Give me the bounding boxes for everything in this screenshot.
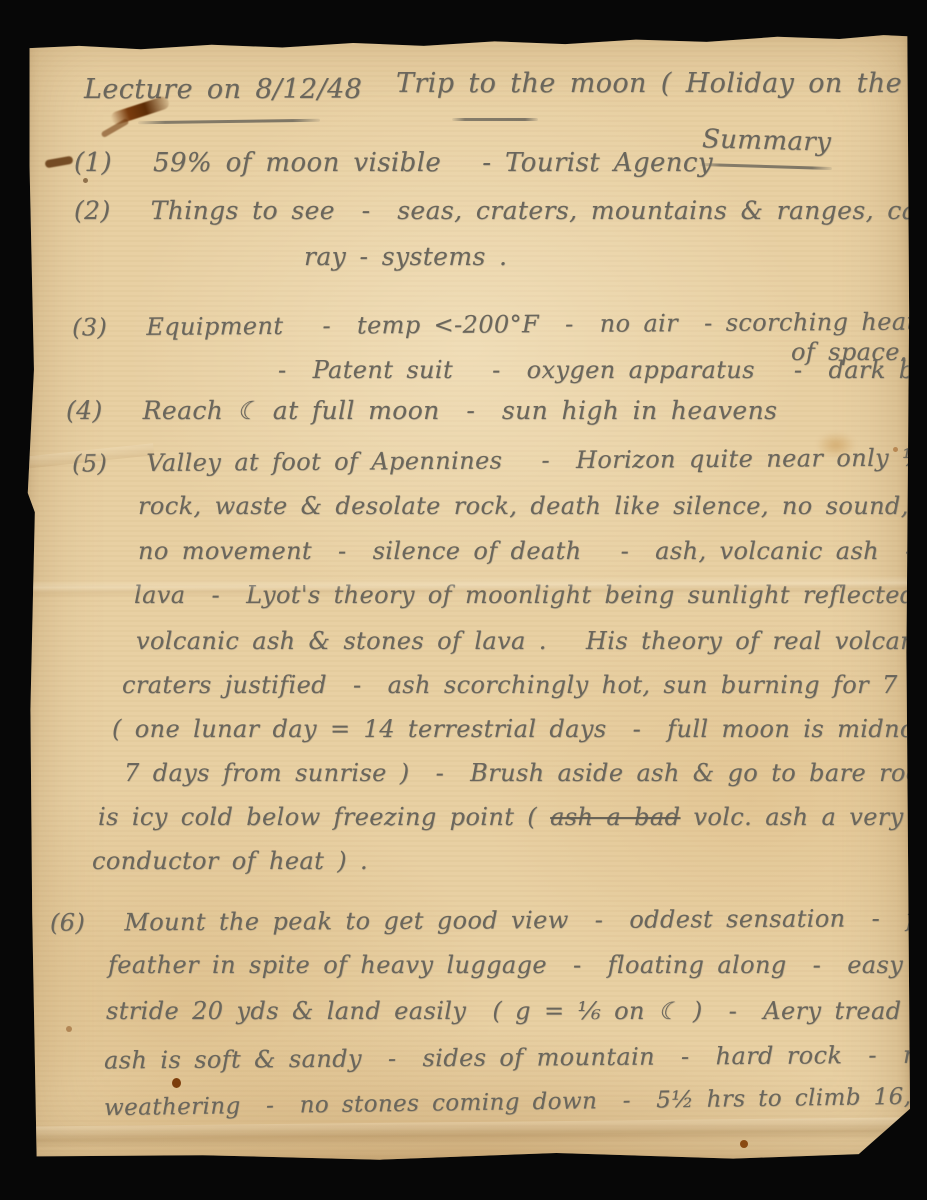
paper: Lecture on 8/12/48 Trip to the moon ( Ho… bbox=[26, 30, 910, 1162]
note-line: ash is soft & sandy - sides of mountain … bbox=[104, 1040, 927, 1075]
note-line: ( one lunar day = 14 terrestrial days - … bbox=[112, 715, 927, 743]
note-line-strikethrough: is icy cold below freezing point ( ash a… bbox=[98, 803, 927, 831]
note-title-paren: ( Holiday on the Moon ). bbox=[661, 68, 927, 99]
note-line: conductor of heat ) . bbox=[92, 847, 368, 875]
note-line: stride 20 yds & land easily ( g = ⅙ on ☾… bbox=[106, 997, 927, 1025]
note-line: ray - systems . bbox=[304, 242, 507, 271]
note-line: weathering - no stones coming down - 5½ … bbox=[104, 1081, 927, 1121]
stain bbox=[172, 1078, 181, 1088]
strikethrough-text: ash a bad bbox=[550, 803, 680, 831]
note-line: volcanic ash & stones of lava . His theo… bbox=[136, 627, 927, 655]
summary-label: Summary bbox=[702, 124, 832, 157]
note-line: 7 days from sunrise ) - Brush aside ash … bbox=[124, 759, 927, 787]
stain bbox=[101, 118, 130, 138]
note-title-main: Trip to the moon bbox=[396, 68, 661, 99]
stain bbox=[83, 178, 88, 183]
note-line: (1) 59% of moon visible - Tourist Agency bbox=[74, 148, 713, 178]
stain bbox=[740, 1140, 748, 1148]
note-line: lava - Lyot's theory of moonlight being … bbox=[134, 581, 927, 609]
stain bbox=[45, 156, 74, 169]
note-line: (4) Reach ☾ at full moon - sun high in h… bbox=[66, 396, 777, 425]
stain bbox=[66, 1026, 72, 1032]
note-line: feather in spite of heavy luggage - floa… bbox=[108, 951, 927, 979]
note-line: (3) Equipment - temp <-200°F - no air - … bbox=[72, 307, 927, 342]
header-date: Lecture on 8/12/48 bbox=[84, 74, 362, 105]
pencil-underline bbox=[452, 118, 538, 121]
note-line: (6) Mount the peak to get good view - od… bbox=[50, 903, 927, 936]
note-title: Trip to the moon ( Holiday on the Moon )… bbox=[396, 68, 927, 99]
strike-post: volc. ash a very bad bbox=[680, 803, 927, 831]
note-line: (5) Valley at foot of Apennines - Horizo… bbox=[72, 442, 927, 477]
note-line: rock, waste & desolate rock, death like … bbox=[138, 492, 927, 520]
strike-pre: is icy cold below freezing point ( bbox=[98, 803, 550, 831]
pencil-underline bbox=[700, 163, 832, 170]
fold-crease bbox=[26, 1117, 910, 1148]
pencil-underline bbox=[138, 119, 320, 125]
note-line: craters justified - ash scorchingly hot,… bbox=[122, 671, 927, 699]
note-line: (2) Things to see - seas, craters, mount… bbox=[74, 196, 927, 225]
photo-backdrop: { "colors":{ "background":"#070707", "pa… bbox=[0, 0, 927, 1200]
note-line: - Patent suit - oxygen apparatus - dark … bbox=[278, 356, 927, 384]
note-line: no movement - silence of death - ash, vo… bbox=[138, 537, 927, 565]
